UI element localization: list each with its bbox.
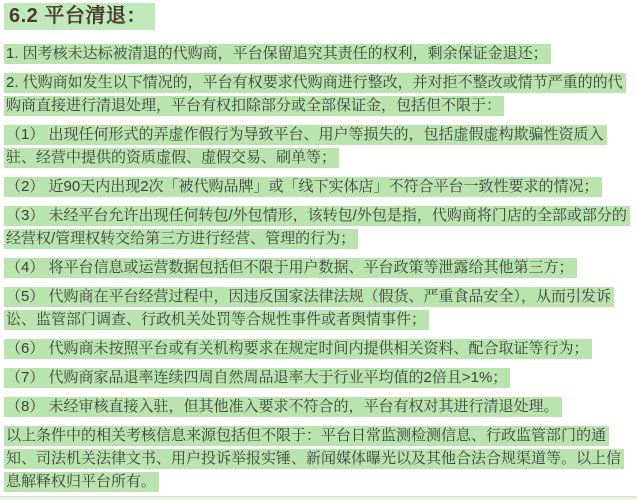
subclause-2: （2） 近90天内出现2次「被代购品牌」或「线下实体店」不符合平台一致性要求的情… bbox=[4, 175, 631, 198]
subclause-7: （7） 代购商家品退率连续四周自然周品退率大于行业平均值的2倍且>1%； bbox=[4, 366, 631, 389]
subclause-5-text: （5） 代购商在平台经营过程中，因违反国家法律法规（假货、严重食品安全），从而引… bbox=[4, 287, 614, 330]
subclause-1-text: （1） 出现任何形式的弄虚作假行为导致平台、用户等损失的，包括虚假虚构欺骗性资质… bbox=[4, 125, 607, 168]
subclause-1: （1） 出现任何形式的弄虚作假行为导致平台、用户等损失的，包括虚假虚构欺骗性资质… bbox=[4, 123, 631, 169]
clause-1: 1. 因考核未达标被清退的代购商，平台保留追究其责任的权利，剩余保证金退还； bbox=[4, 42, 631, 65]
subclause-8-text: （8） 未经审核直接入驻，但其他准入要求不符合的，平台有权对其进行清退处理。 bbox=[4, 397, 562, 417]
section-heading-text: 6.2 平台清退： bbox=[4, 3, 155, 30]
next-line-cutoff bbox=[0, 496, 637, 500]
subclause-3-text: （3） 未经平台允许出现任何转包/外包情形，该转包/外包是指，代购商将门店的全部… bbox=[4, 206, 630, 249]
subclause-7-text: （7） 代购商家品退率连续四周自然周品退率大于行业平均值的2倍且>1%； bbox=[4, 368, 510, 388]
document-page: 6.2 平台清退： 1. 因考核未达标被清退的代购商，平台保留追究其责任的权利，… bbox=[0, 0, 637, 500]
subclause-8: （8） 未经审核直接入驻，但其他准入要求不符合的，平台有权对其进行清退处理。 bbox=[4, 395, 631, 418]
subclause-4: （4） 将平台信息或运营数据包括但不限于用户数据、平台政策等泄露给其他第三方； bbox=[4, 256, 631, 279]
clause-2-text: 2. 代购商如发生以下情况的，平台有权要求代购商进行整改，并对拒不整改或情节严重… bbox=[4, 73, 626, 116]
subclause-6-text: （6） 代购商未按照平台或有关机构要求在规定时间内提供相关资料、配合取证等行为； bbox=[4, 339, 592, 359]
subclause-5: （5） 代购商在平台经营过程中，因违反国家法律法规（假货、严重食品安全），从而引… bbox=[4, 285, 631, 331]
subclause-6: （6） 代购商未按照平台或有关机构要求在规定时间内提供相关资料、配合取证等行为； bbox=[4, 337, 631, 360]
closing-paragraph-text: 以上条件中的相关考核信息来源包括但不限于：平台日常监测检测信息、行政监管部门的通… bbox=[4, 426, 624, 492]
clause-2: 2. 代购商如发生以下情况的，平台有权要求代购商进行整改，并对拒不整改或情节严重… bbox=[4, 71, 631, 117]
subclause-4-text: （4） 将平台信息或运营数据包括但不限于用户数据、平台政策等泄露给其他第三方； bbox=[4, 258, 577, 278]
closing-paragraph: 以上条件中的相关考核信息来源包括但不限于：平台日常监测检测信息、行政监管部门的通… bbox=[4, 424, 631, 493]
section-heading: 6.2 平台清退： bbox=[4, 3, 631, 30]
clause-1-text: 1. 因考核未达标被清退的代购商，平台保留追究其责任的权利，剩余保证金退还； bbox=[4, 44, 551, 64]
subclause-3: （3） 未经平台允许出现任何转包/外包情形，该转包/外包是指，代购商将门店的全部… bbox=[4, 204, 631, 250]
subclause-2-text: （2） 近90天内出现2次「被代购品牌」或「线下实体店」不符合平台一致性要求的情… bbox=[4, 177, 602, 197]
